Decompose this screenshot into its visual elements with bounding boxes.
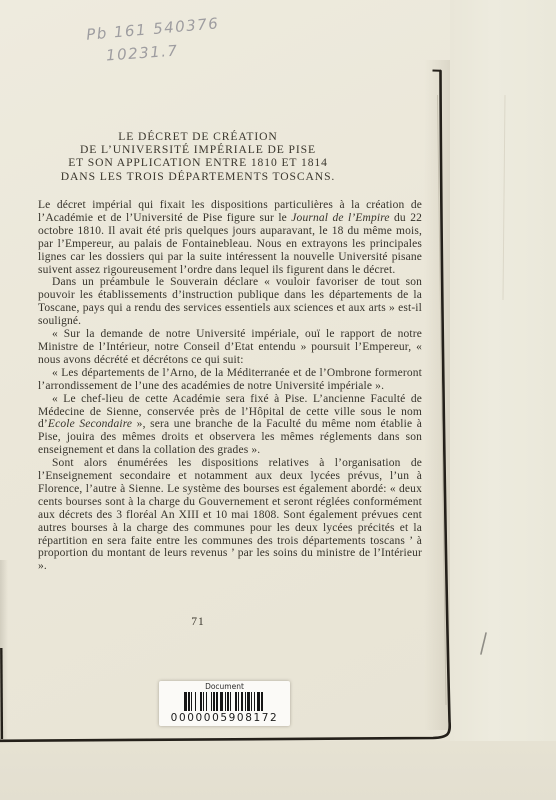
title-line: DANS LES TROIS DÉPARTEMENTS TOSCANS. xyxy=(38,170,358,183)
page-number: 71 xyxy=(38,616,358,628)
adjacent-page-surface xyxy=(450,0,556,741)
paragraph: Le décret impérial qui fixait les dispos… xyxy=(38,199,422,276)
paragraph: Sont alors énumérées les dispositions re… xyxy=(38,457,422,573)
barcode-number: 0000005908172 xyxy=(171,712,279,724)
paragraph: Dans un préambule le Souverain déclare «… xyxy=(38,276,422,328)
scan-page: Pb 161 540376 10231.7 LE DÉCRET DE CRÉAT… xyxy=(0,0,450,741)
body-text: Le décret impérial qui fixait les dispos… xyxy=(38,199,422,573)
title-line: ET SON APPLICATION ENTRE 1810 ET 1814 xyxy=(38,156,358,169)
paragraph: « Le chef-lieu de cette Académie sera fi… xyxy=(38,393,422,458)
barcode xyxy=(184,692,264,711)
barcode-label: Document xyxy=(205,683,244,691)
gutter-shadow xyxy=(424,60,450,730)
title-line: DE L’UNIVERSITÉ IMPÉRIALE DE PISE xyxy=(38,143,358,156)
document-title: LE DÉCRET DE CRÉATIONDE L’UNIVERSITÉ IMP… xyxy=(38,130,358,183)
handwritten-call-number-line2: 10231.7 xyxy=(105,41,179,64)
barcode-sticker: Document 0000005908172 xyxy=(159,681,290,726)
paragraph: « Les départements de l’Arno, de la Médi… xyxy=(38,367,422,393)
scanner-background xyxy=(0,741,556,800)
left-edge-shadow xyxy=(0,560,8,741)
handwritten-call-number-line1: Pb 161 540376 xyxy=(85,14,220,44)
paragraph: « Sur la demande de notre Université imp… xyxy=(38,328,422,367)
title-line: LE DÉCRET DE CRÉATION xyxy=(38,130,358,143)
